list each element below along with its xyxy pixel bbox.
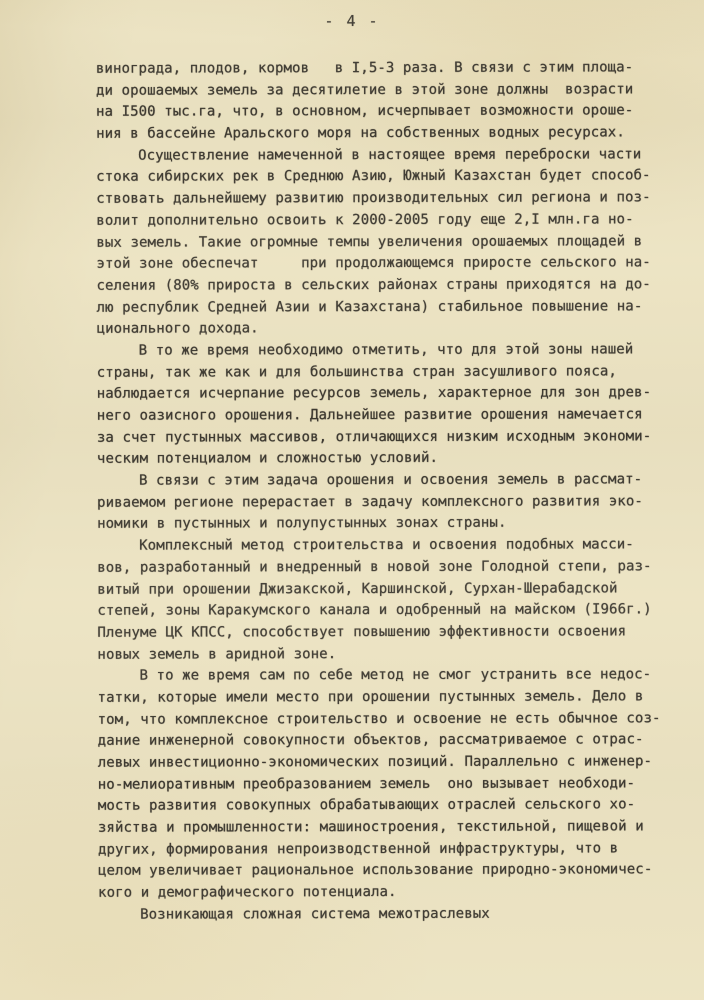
text-line: страны, так же как и для большинства стр… [97, 361, 657, 384]
text-line: ствовать дальнейшему развитию производит… [96, 187, 656, 210]
text-line: лю республик Средней Азии и Казахстана) … [96, 296, 656, 319]
text-line: за счет пустынных массивов, отличающихся… [97, 426, 657, 449]
text-line: наблюдается исчерпание ресурсов земель, … [97, 383, 657, 406]
text-line: татки, которые имели место при орошении … [98, 686, 658, 709]
text-line: этой зоне обеспечат при продолжающемся п… [96, 252, 656, 275]
text-line: витый при орошении Джизакской, Каршинско… [97, 578, 657, 601]
text-line: Комплексный метод строительства и освоен… [97, 534, 657, 557]
scanned-document-page: - 4 - винограда, плодов, кормов в I,5-3 … [0, 0, 704, 1000]
text-line: винограда, плодов, кормов в I,5-3 раза. … [96, 57, 656, 80]
text-line: вых земель. Такие огромные темпы увеличе… [96, 231, 656, 254]
text-line: ческим потенциалом и сложностью условий. [97, 448, 657, 471]
text-line: В то же время сам по себе метод не смог … [97, 665, 657, 688]
text-line: стока сибирских рек в Среднюю Азию, Южны… [96, 166, 656, 189]
text-line: ди орошаемых земель за десятилетие в это… [96, 79, 656, 102]
text-line: ния в бассейне Аральского моря на собств… [96, 122, 656, 145]
text-line: дание инженерной совокупности объектов, … [98, 730, 658, 753]
text-line: Пленуме ЦК КПСС, способствует повышению … [97, 621, 657, 644]
text-line: номики в пустынных и полупустынных зонах… [97, 513, 657, 536]
text-line: том, что комплексное строительство и осв… [98, 708, 658, 731]
text-line: степей, зоны Каракумского канала и одобр… [97, 599, 657, 622]
text-line: других, формирования непроизводственной … [98, 838, 658, 861]
text-line: зяйства и промышленности: машиностроения… [98, 816, 658, 839]
text-line: но-мелиоративным преобразованием земель … [98, 773, 658, 796]
text-line: В связи с этим задача орошения и освоени… [97, 469, 657, 492]
text-line: целом увеличивает рациональное использов… [98, 860, 658, 883]
document-lines: винограда, плодов, кормов в I,5-3 раза. … [96, 57, 658, 926]
text-line: волит дополнительно освоить к 2000-2005 … [96, 209, 656, 232]
text-line: вов, разработанный и внедренный в новой … [97, 556, 657, 579]
text-line: селения (80% прироста в сельских районах… [96, 274, 656, 297]
text-line: левых инвестиционно-экономических позици… [98, 751, 658, 774]
page-number: - 4 - [0, 12, 704, 30]
text-line: мость развития совокупных обрабатывающих… [98, 795, 658, 818]
text-line: Возникающая сложная система межотраслевы… [98, 903, 658, 926]
text-line: риваемом регионе перерастает в задачу ко… [97, 491, 657, 514]
text-line: него оазисного орошения. Дальнейшее разв… [97, 404, 657, 427]
text-line: В то же время необходимо отметить, что д… [97, 339, 657, 362]
text-line: новых земель в аридной зоне. [97, 643, 657, 666]
text-line: ционального дохода. [97, 318, 657, 341]
text-line: кого и демографического потенциала. [98, 881, 658, 904]
text-line: Осуществление намеченной в настоящее вре… [96, 144, 656, 167]
text-line: на I500 тыс.га, что, в основном, исчерпы… [96, 101, 656, 124]
